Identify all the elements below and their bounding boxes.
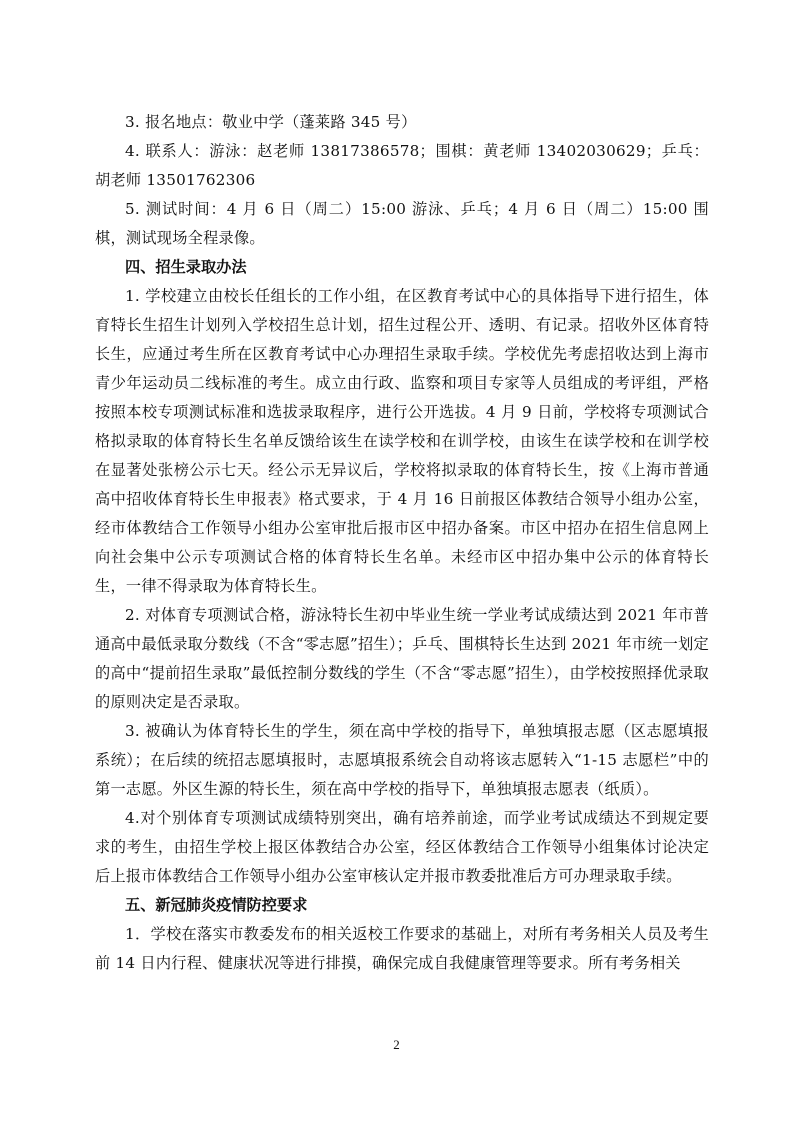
document-body: 3. 报名地点：敬业中学（蓬莱路 345 号） 4. 联系人：游泳：赵老师 13… (95, 108, 709, 978)
page-number: 2 (0, 1037, 793, 1053)
admission-item-3: 3. 被确认为体育特长生的学生，须在高中学校的指导下，单独填报志愿（区志愿填报系… (95, 717, 709, 804)
covid-item-1: 1．学校在落实市教委发布的相关返校工作要求的基础上，对所有考务相关人员及考生前 … (95, 920, 709, 978)
admission-item-1: 1. 学校建立由校长任组长的工作小组，在区教育考试中心的具体指导下进行招生，体育… (95, 282, 709, 601)
section-heading-admission: 四、招生录取办法 (95, 253, 709, 282)
test-time: 5. 测试时间：4 月 6 日（周二）15:00 游泳、乒乓；4 月 6 日（周… (95, 195, 709, 253)
admission-item-4: 4.对个别体育专项测试成绩特别突出，确有培养前途，而学业考试成绩达不到规定要求的… (95, 804, 709, 891)
registration-location: 3. 报名地点：敬业中学（蓬莱路 345 号） (95, 108, 709, 137)
document-page: 3. 报名地点：敬业中学（蓬莱路 345 号） 4. 联系人：游泳：赵老师 13… (0, 0, 793, 1122)
section-heading-covid: 五、新冠肺炎疫情防控要求 (95, 891, 709, 920)
contact-persons: 4. 联系人：游泳：赵老师 13817386578；围棋：黄老师 1340203… (95, 137, 709, 195)
admission-item-2: 2. 对体育专项测试合格，游泳特长生初中毕业生统一学业考试成绩达到 2021 年… (95, 601, 709, 717)
